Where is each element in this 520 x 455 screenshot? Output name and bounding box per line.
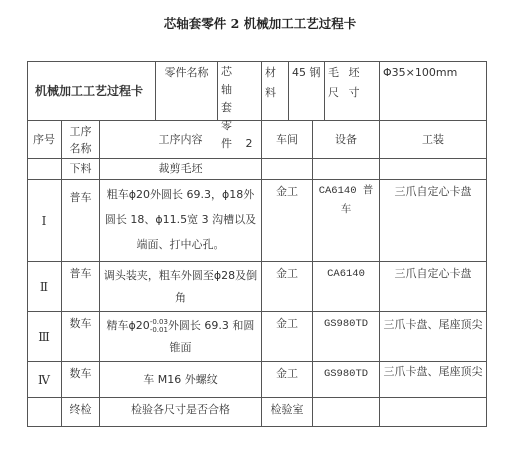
row-3-workshop: 金工	[262, 312, 313, 362]
row-4-equipment: GS980TD	[313, 362, 380, 398]
blank-size-value: Φ35×100mm	[380, 61, 487, 121]
row-3-equipment: GS980TD	[313, 312, 380, 362]
row-2-workshop: 金工	[262, 262, 313, 312]
content-suffix: 外圆长 69.3 和圆锥面	[168, 319, 255, 354]
tolerance-lower: -0.01	[150, 326, 168, 334]
row-5-name: 终检	[62, 398, 100, 427]
row-2-name: 普车	[62, 262, 100, 312]
tolerance: -0.03-0.01	[150, 318, 168, 334]
tolerance-upper: -0.03	[150, 318, 168, 326]
row-0-tooling	[380, 159, 487, 180]
row-3-seq: Ⅲ	[27, 312, 62, 362]
row-0-equipment	[313, 159, 380, 180]
row-4-name: 数车	[62, 362, 100, 398]
row-4-tooling: 三爪卡盘、尾座顶尖	[380, 362, 487, 398]
col-seq: 序号	[27, 121, 62, 159]
process-card-table: 机械加工工艺过程卡 零件名称 芯 轴 套 零 件 2 材 料 45 钢 毛 坯 …	[27, 61, 487, 427]
part-name-value: 芯 轴 套 零 件 2	[218, 61, 262, 121]
part-name-label: 零件名称	[156, 61, 218, 121]
document-title: 芯轴套零件 2 机械加工工艺过程卡	[0, 14, 520, 32]
row-1-workshop: 金工	[262, 180, 313, 262]
row-4-content: 车 M16 外螺纹	[100, 362, 262, 398]
row-4-seq: Ⅳ	[27, 362, 62, 398]
row-2-equipment: CA6140	[313, 262, 380, 312]
blank-size-label: 毛 坯 尺 寸	[325, 61, 380, 121]
row-5-content: 检验各尺寸是否合格	[100, 398, 262, 427]
row-4-workshop: 金工	[262, 362, 313, 398]
row-1-name: 普车	[62, 180, 100, 262]
row-1-tooling: 三爪自定心卡盘	[380, 180, 487, 262]
material-value: 45 钢	[289, 61, 325, 121]
row-2-content: 调头装夹，粗车外圆至ϕ28及倒角	[100, 262, 262, 312]
row-0-content: 裁剪毛坯	[100, 159, 262, 180]
row-0-seq	[27, 159, 62, 180]
col-process-name: 工序名称	[62, 121, 100, 159]
row-0-workshop	[262, 159, 313, 180]
col-content: 工序内容	[100, 121, 262, 159]
col-tooling: 工装	[380, 121, 487, 159]
row-1-content: 粗车ϕ20外圆长 69.3，ϕ18外圆长 18、ϕ11.5宽 3 沟槽以及端面、…	[100, 180, 262, 262]
row-5-seq	[27, 398, 62, 427]
row-3-content: 精车ϕ20-0.03-0.01外圆长 69.3 和圆锥面	[100, 312, 262, 362]
row-5-equipment	[313, 398, 380, 427]
row-0-name: 下料	[62, 159, 100, 180]
col-equipment: 设备	[313, 121, 380, 159]
row-1-seq: Ⅰ	[27, 180, 62, 262]
content-prefix: 精车ϕ20	[107, 319, 150, 332]
row-1-equipment: CA6140 普车	[313, 180, 380, 262]
row-3-tooling: 三爪卡盘、尾座顶尖	[380, 312, 487, 362]
row-2-tooling: 三爪自定心卡盘	[380, 262, 487, 312]
card-title: 机械加工工艺过程卡	[27, 61, 156, 121]
row-5-workshop: 检验室	[262, 398, 313, 427]
row-2-seq: Ⅱ	[27, 262, 62, 312]
material-label: 材 料	[262, 61, 289, 121]
row-5-tooling	[380, 398, 487, 427]
row-3-name: 数车	[62, 312, 100, 362]
col-workshop: 车间	[262, 121, 313, 159]
